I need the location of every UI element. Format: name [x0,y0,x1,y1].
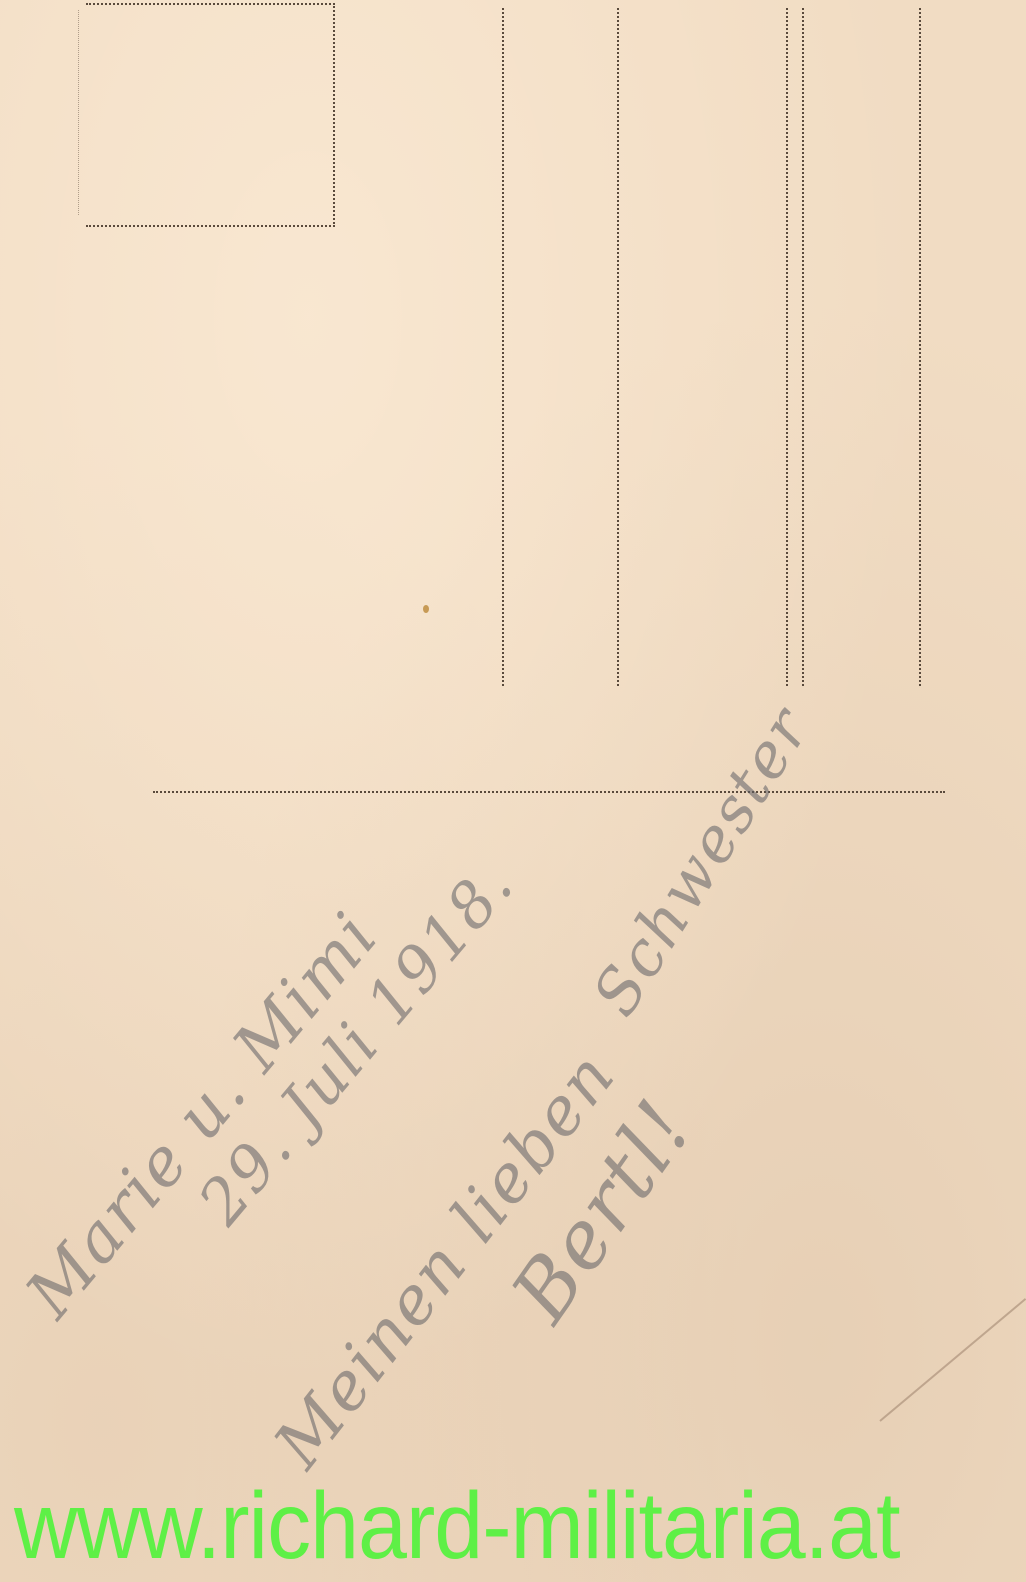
divider-line [153,791,945,793]
address-line-1 [502,8,504,686]
address-line-3 [786,8,788,686]
stamp-box [86,3,335,227]
postcard-back: Marie u. Mimi 29. Juli 1918. Meinen lieb… [0,0,1026,1582]
address-line-5 [919,8,921,686]
paper-crease [879,1298,1026,1422]
watermark-url: www.richard-militaria.at [14,1478,900,1573]
handwritten-signature: Schwester [578,694,824,1028]
address-line-4 [802,8,804,686]
address-line-2 [617,8,619,686]
paper-speck [423,605,429,613]
stamp-box-left-edge [78,10,79,215]
